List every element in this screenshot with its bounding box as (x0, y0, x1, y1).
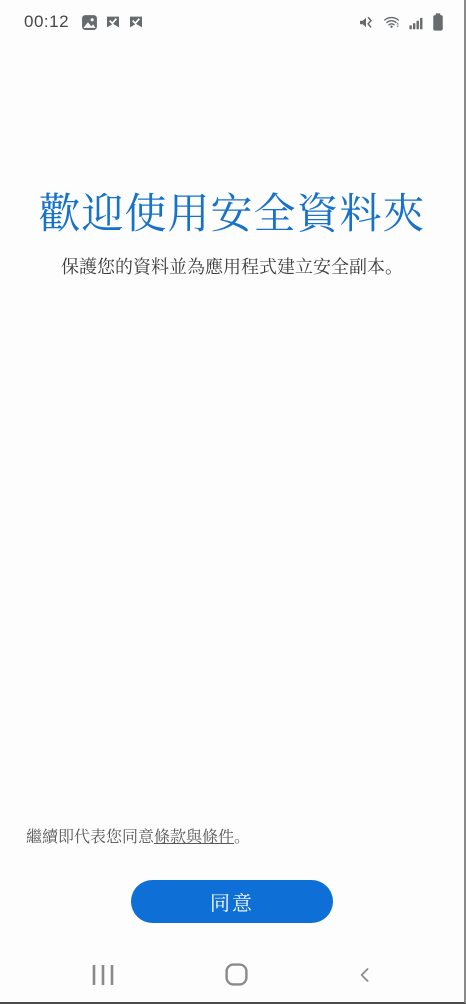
vibrate-mute-icon (357, 14, 375, 31)
home-button[interactable] (224, 962, 249, 990)
back-icon (356, 963, 374, 990)
recents-button[interactable] (90, 964, 116, 989)
home-icon (224, 962, 249, 990)
status-time: 00:12 (24, 12, 69, 32)
status-bar-left: 00:12 (24, 12, 144, 32)
empty-spacer (0, 280, 464, 827)
terms-suffix: 。 (234, 829, 250, 846)
navigation-bar (0, 950, 464, 1002)
signal-strength-icon (408, 14, 425, 31)
hero-section: 歡迎使用安全資料夾 保護您的資料並為應用程式建立安全副本。 (0, 189, 464, 280)
recents-icon (90, 964, 116, 989)
page-subtitle: 保護您的資料並為應用程式建立安全副本。 (18, 255, 446, 280)
check-flag-icon (128, 14, 144, 30)
battery-icon (432, 13, 444, 31)
agree-button[interactable]: 同意 (131, 880, 333, 923)
page-title: 歡迎使用安全資料夾 (0, 189, 464, 239)
back-button[interactable] (356, 963, 374, 990)
secure-folder-welcome-screen: 00:12 歡迎使用 (0, 0, 466, 1004)
status-bar: 00:12 (0, 0, 464, 37)
check-flag-icon (105, 14, 121, 30)
status-bar-right (357, 13, 444, 31)
terms-notice: 繼續即代表您同意條款與條件。 (26, 827, 438, 848)
button-row: 同意 (0, 880, 464, 923)
gallery-icon (81, 14, 98, 31)
wifi-icon (382, 14, 401, 31)
terms-and-conditions-link[interactable]: 條款與條件 (154, 829, 234, 846)
terms-prefix: 繼續即代表您同意 (26, 829, 154, 846)
